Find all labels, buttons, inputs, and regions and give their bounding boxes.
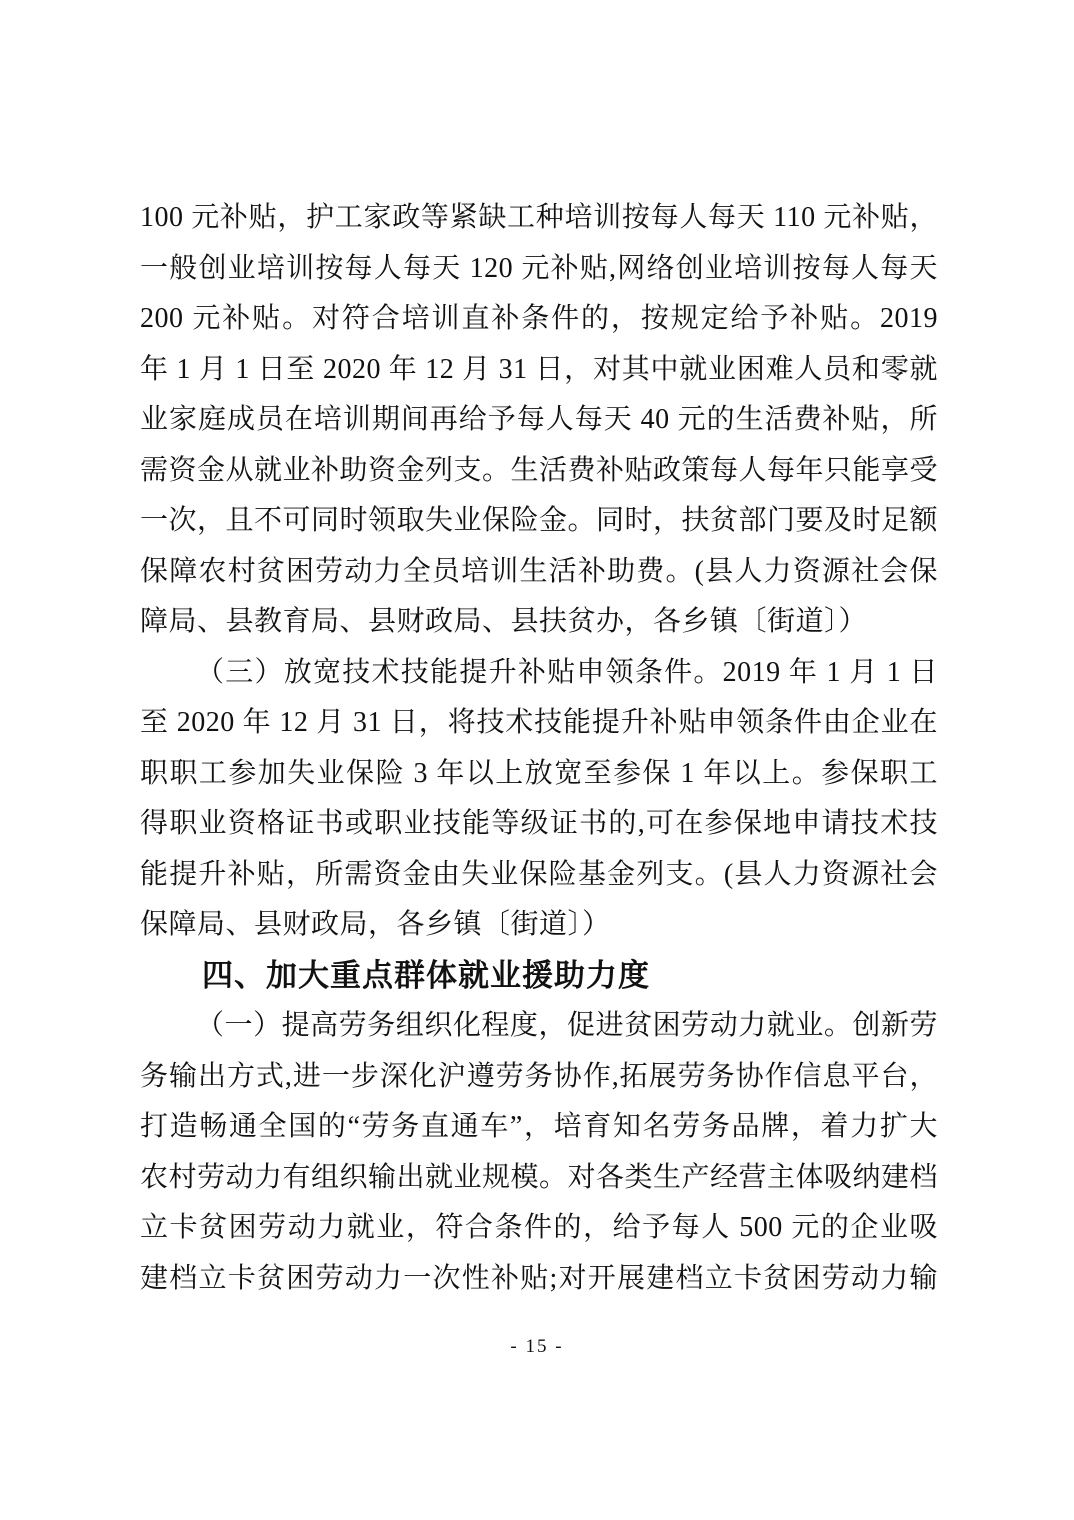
text-line: 一般创业培训按每人每天 120 元补贴,网络创业培训按每人每天 [140, 244, 938, 295]
text-line: 立卡贫困劳动力就业，符合条件的，给予每人 500 元的企业吸纳 [140, 1203, 938, 1254]
text-line: （三）放宽技术技能提升补贴申领条件。2019 年 1 月 1 日 [140, 648, 938, 699]
text-line: （一）提高劳务组织化程度，促进贫困劳动力就业。创新劳 [140, 1001, 938, 1052]
text-line: 农村劳动力有组织输出就业规模。对各类生产经营主体吸纳建档 [140, 1153, 938, 1204]
text-line: 一次，且不可同时领取失业保险金。同时，扶贫部门要及时足额 [140, 496, 938, 547]
text-line: 障局、县教育局、县财政局、县扶贫办，各乡镇〔街道〕） [140, 597, 938, 648]
document-page: 100 元补贴，护工家政等紧缺工种培训按每人每天 110 元补贴，一般创业培训按… [0, 0, 1074, 1520]
text-line: 能提升补贴，所需资金由失业保险基金列支。(县人力资源社会 [140, 850, 938, 901]
text-line: 200 元补贴。对符合培训直补条件的，按规定给予补贴。2019 [140, 294, 938, 345]
page-number: - 15 - [0, 1336, 1074, 1358]
text-line: 需资金从就业补助资金列支。生活费补贴政策每人每年只能享受 [140, 446, 938, 497]
text-line: 务输出方式,进一步深化沪遵劳务协作,拓展劳务协作信息平台， [140, 1052, 938, 1103]
text-line: 至 2020 年 12 月 31 日，将技术技能提升补贴申领条件由企业在 [140, 698, 938, 749]
text-line: 保障农村贫困劳动力全员培训生活补助费。(县人力资源社会保 [140, 547, 938, 598]
text-line: 打造畅通全国的“劳务直通车”，培育知名劳务品牌，着力扩大 [140, 1102, 938, 1153]
text-line: 业家庭成员在培训期间再给予每人每天 40 元的生活费补贴，所 [140, 395, 938, 446]
text-line: 100 元补贴，护工家政等紧缺工种培训按每人每天 110 元补贴， [140, 193, 938, 244]
text-line: 得职业资格证书或职业技能等级证书的,可在参保地申请技术技 [140, 799, 938, 850]
text-line: 职职工参加失业保险 3 年以上放宽至参保 1 年以上。参保职工取 [140, 749, 938, 800]
text-line: 建档立卡贫困劳动力一次性补贴;对开展建档立卡贫困劳动力输 [140, 1254, 938, 1305]
section-heading: 四、加大重点群体就业援助力度 [140, 951, 938, 1002]
text-line: 保障局、县财政局，各乡镇〔街道〕） [140, 900, 938, 951]
text-line: 年 1 月 1 日至 2020 年 12 月 31 日，对其中就业困难人员和零就 [140, 345, 938, 396]
text-block: 100 元补贴，护工家政等紧缺工种培训按每人每天 110 元补贴，一般创业培训按… [140, 193, 938, 1304]
